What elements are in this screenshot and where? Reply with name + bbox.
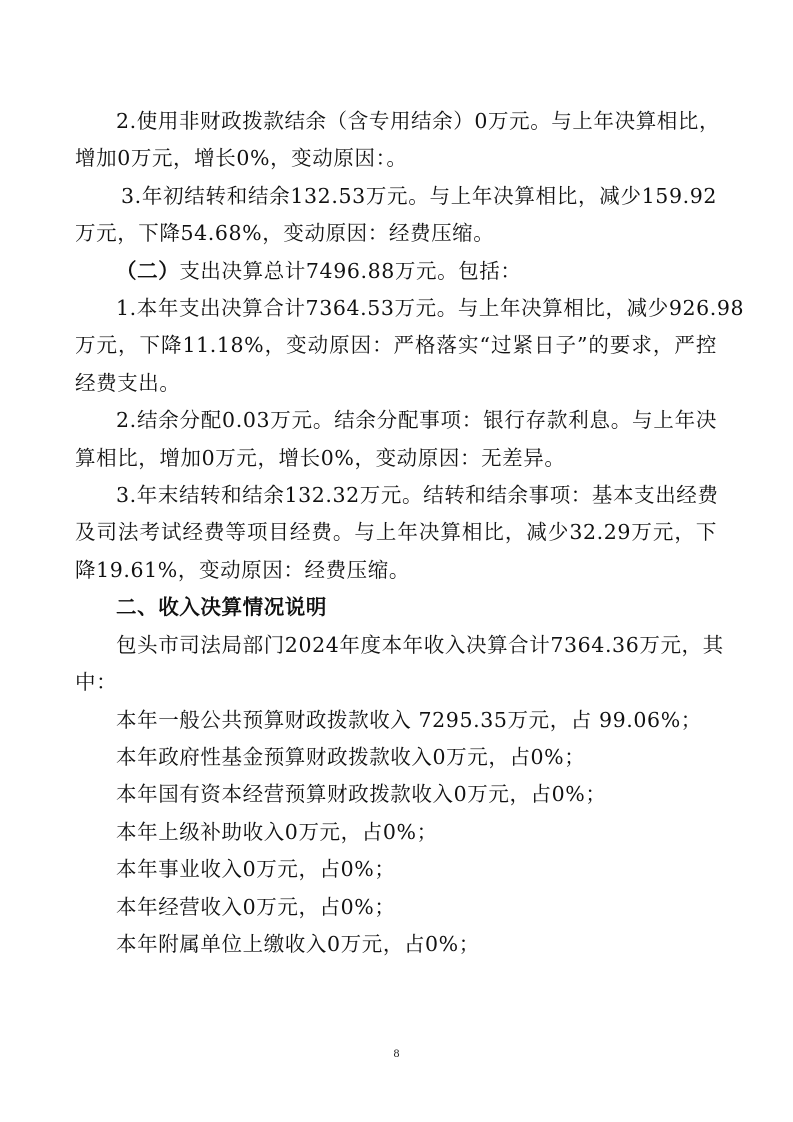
- paragraph-income-gov-fund: 本年政府性基金预算财政拨款收入0万元，占0%；: [75, 739, 717, 776]
- section-number-label: （二）: [116, 259, 179, 283]
- text-line: 本年经营收入0万元，占0%；: [75, 889, 717, 926]
- text-line: 本年上级补助收入0万元，占0%；: [75, 814, 717, 851]
- paragraph-income-summary: 包头市司法局部门2024年度本年收入决算合计7364.36万元，其 中：: [75, 627, 717, 702]
- text-line: 万元，下降11.18%，变动原因：严格落实“过紧日子”的要求，严控: [75, 327, 717, 364]
- document-page: 2.使用非财政拨款结余（含专用结余）0万元。与上年决算相比， 增加0万元，增长0…: [75, 103, 717, 963]
- paragraph-income-superior-subsidy: 本年上级补助收入0万元，占0%；: [75, 814, 717, 851]
- text-line: 本年国有资本经营预算财政拨款收入0万元，占0%；: [75, 776, 717, 813]
- text-line: （二）支出决算总计7496.88万元。包括：: [75, 253, 717, 290]
- paragraph-income-state-capital: 本年国有资本经营预算财政拨款收入0万元，占0%；: [75, 776, 717, 813]
- text-line: 中：: [75, 664, 717, 701]
- text-line: 3.年末结转和结余132.32万元。结转和结余事项：基本支出经费: [75, 477, 717, 514]
- text-line: 降19.61%，变动原因：经费压缩。: [75, 552, 717, 589]
- text-line: 2.结余分配0.03万元。结余分配事项：银行存款利息。与上年决: [75, 402, 717, 439]
- text-line: 2.使用非财政拨款结余（含专用结余）0万元。与上年决算相比，: [75, 103, 717, 140]
- paragraph-income-business: 本年事业收入0万元，占0%；: [75, 851, 717, 888]
- text-line: 本年一般公共预算财政拨款收入 7295.35万元，占 99.06%；: [75, 702, 717, 739]
- paragraph-income-item-3: 3.年初结转和结余132.53万元。与上年决算相比，减少159.92 万元，下降…: [75, 178, 717, 253]
- text-line: 及司法考试经费等项目经费。与上年决算相比，减少32.29万元，下: [75, 514, 717, 551]
- paragraph-income-item-2: 2.使用非财政拨款结余（含专用结余）0万元。与上年决算相比， 增加0万元，增长0…: [75, 103, 717, 178]
- text-line: 3.年初结转和结余132.53万元。与上年决算相比，减少159.92: [75, 178, 717, 215]
- section-text: 支出决算总计7496.88万元。包括：: [179, 259, 521, 283]
- text-line: 1.本年支出决算合计7364.53万元。与上年决算相比，减少926.98: [75, 290, 717, 327]
- text-line: 万元，下降54.68%，变动原因：经费压缩。: [75, 215, 717, 252]
- text-line: 本年事业收入0万元，占0%；: [75, 851, 717, 888]
- paragraph-income-general-budget: 本年一般公共预算财政拨款收入 7295.35万元，占 99.06%；: [75, 702, 717, 739]
- text-line: 本年附属单位上缴收入0万元，占0%；: [75, 926, 717, 963]
- paragraph-expenditure-item-1: 1.本年支出决算合计7364.53万元。与上年决算相比，减少926.98 万元，…: [75, 290, 717, 402]
- page-number: 8: [0, 1046, 793, 1061]
- text-line: 经费支出。: [75, 365, 717, 402]
- paragraph-expenditure-heading: （二）支出决算总计7496.88万元。包括：: [75, 253, 717, 290]
- heading-text: 二、收入决算情况说明: [75, 589, 717, 626]
- paragraph-expenditure-item-2: 2.结余分配0.03万元。结余分配事项：银行存款利息。与上年决 算相比，增加0万…: [75, 402, 717, 477]
- paragraph-income-affiliated: 本年附属单位上缴收入0万元，占0%；: [75, 926, 717, 963]
- paragraph-expenditure-item-3: 3.年末结转和结余132.32万元。结转和结余事项：基本支出经费 及司法考试经费…: [75, 477, 717, 589]
- text-line: 本年政府性基金预算财政拨款收入0万元，占0%；: [75, 739, 717, 776]
- text-line: 增加0万元，增长0%，变动原因：。: [75, 140, 717, 177]
- section-heading-income: 二、收入决算情况说明: [75, 589, 717, 626]
- text-line: 包头市司法局部门2024年度本年收入决算合计7364.36万元，其: [75, 627, 717, 664]
- text-line: 算相比，增加0万元，增长0%，变动原因：无差异。: [75, 440, 717, 477]
- paragraph-income-operating: 本年经营收入0万元，占0%；: [75, 889, 717, 926]
